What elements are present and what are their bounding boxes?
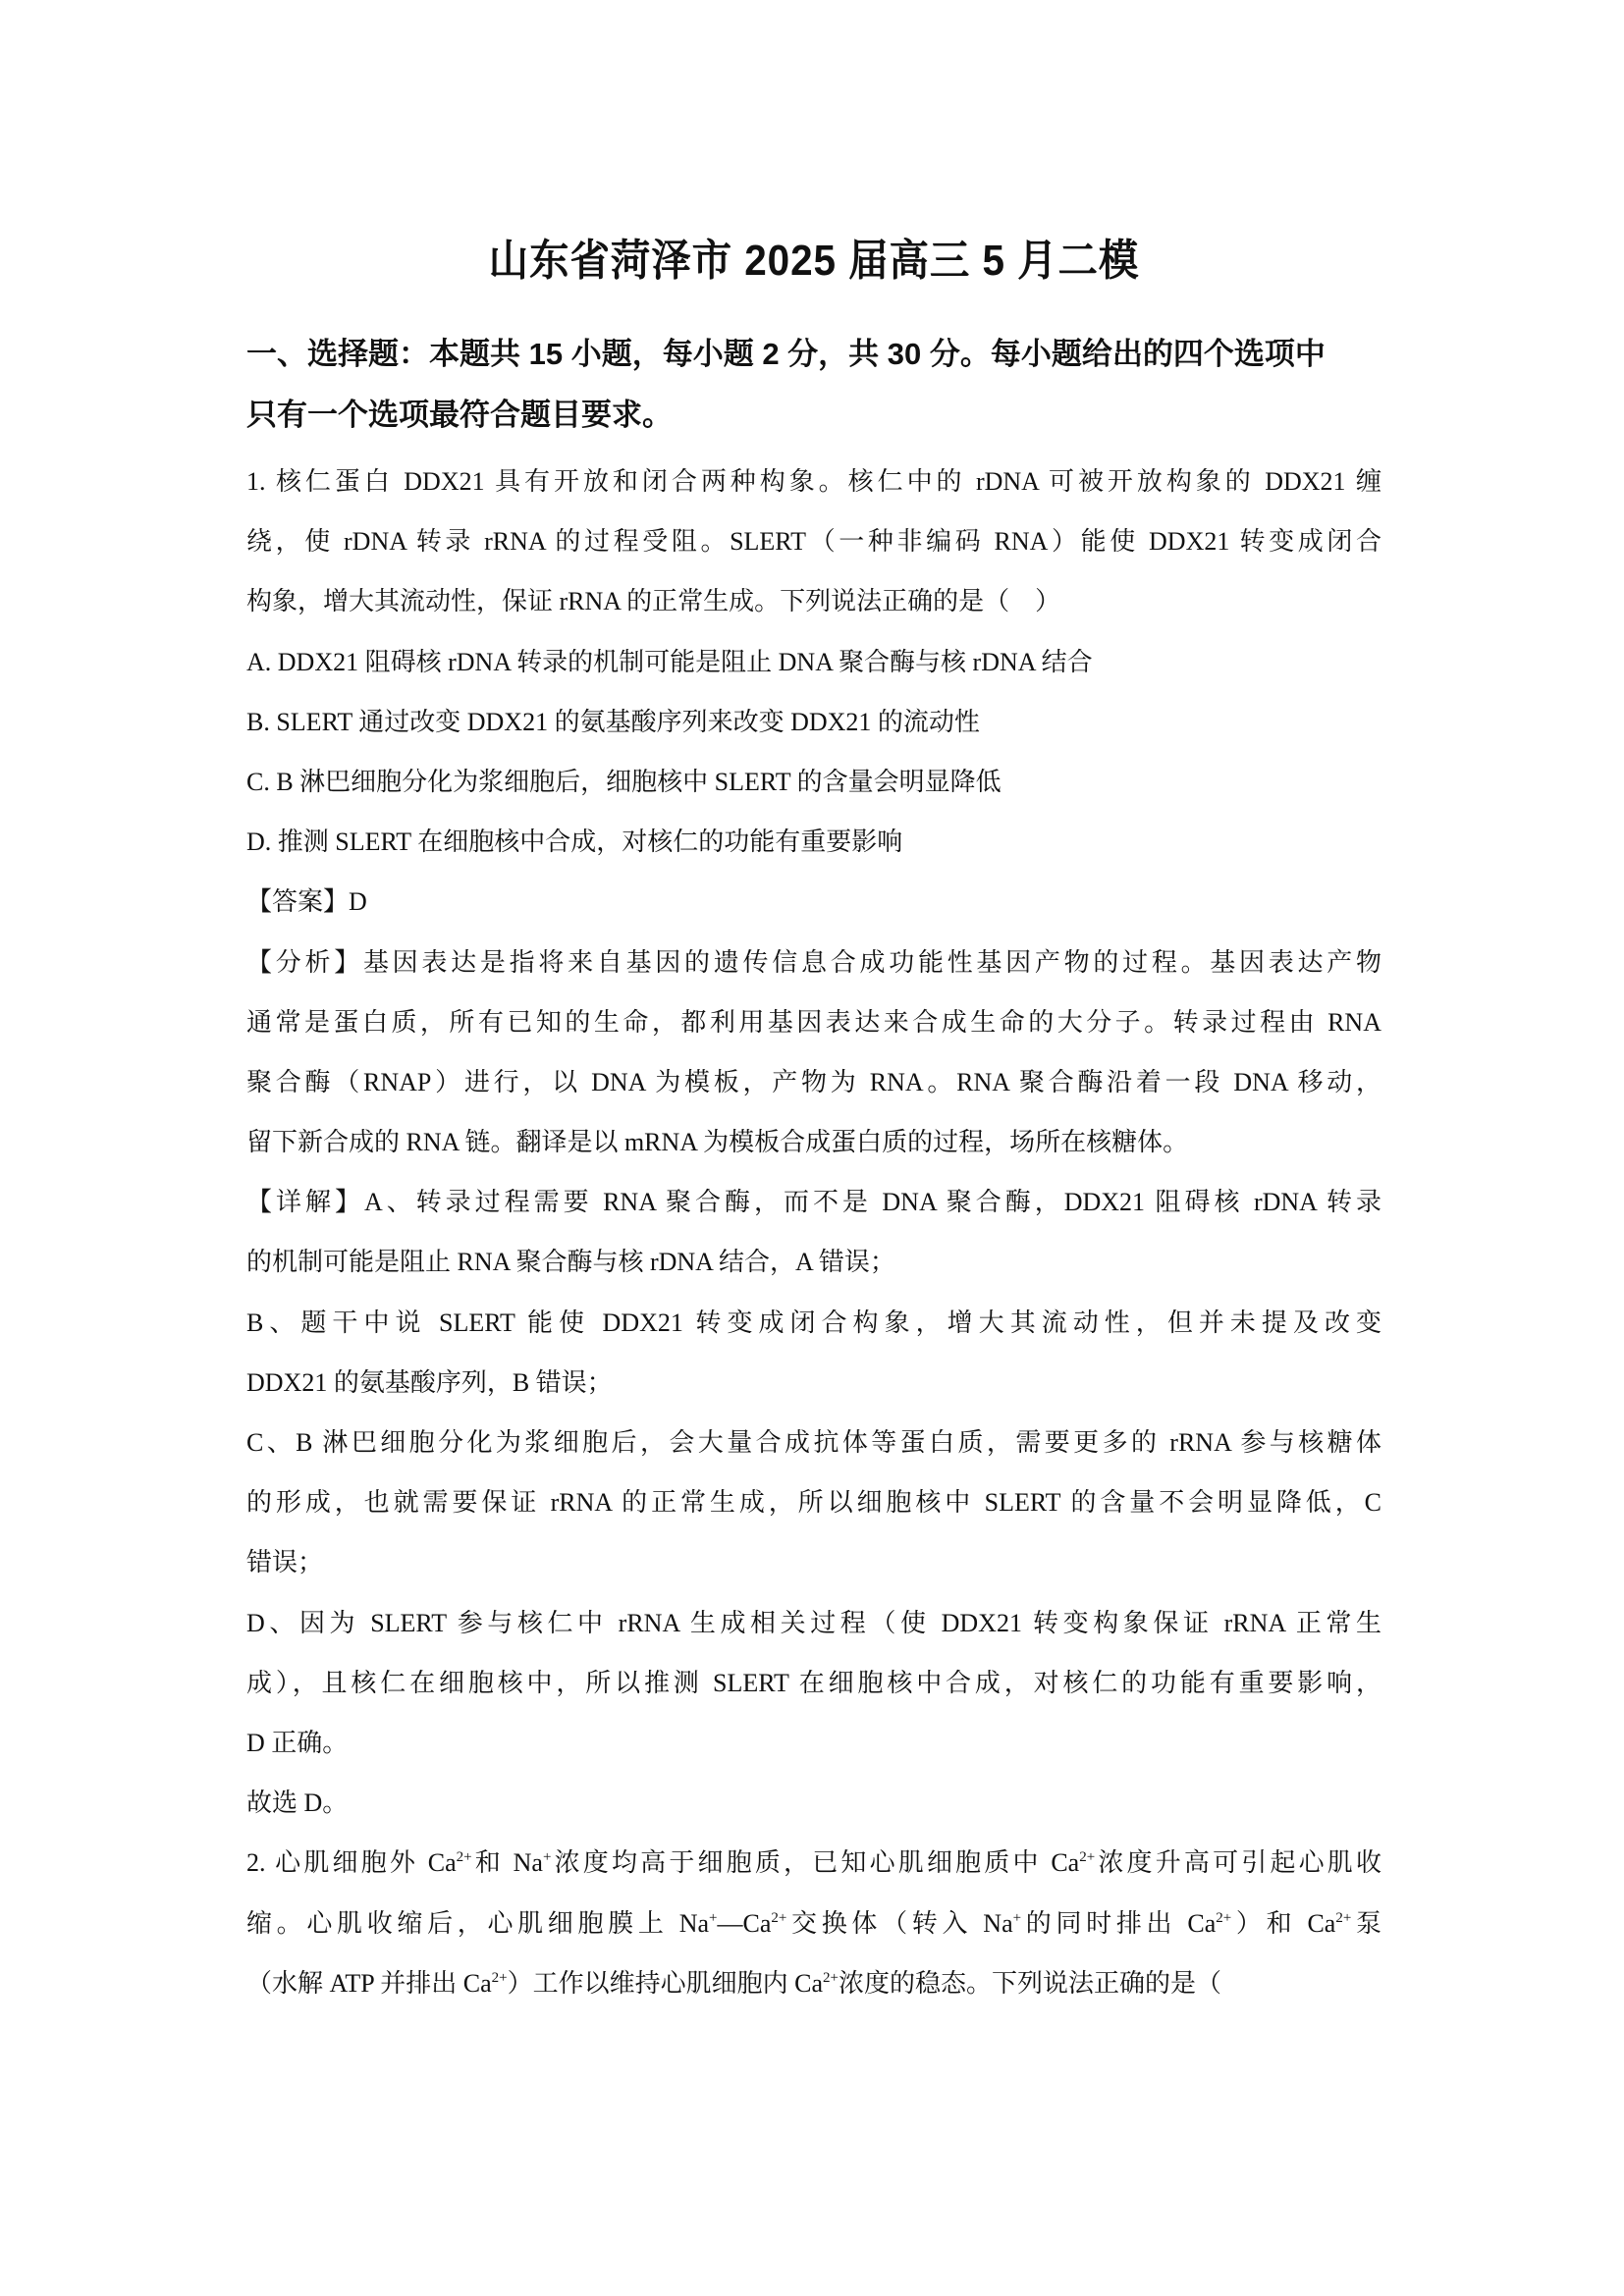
text-run: （水解 ATP 并排出 Ca bbox=[246, 1969, 492, 1998]
question-1-stem-line: 构象，增大其流动性，保证 rRNA 的正常生成。下列说法正确的是（ ） bbox=[246, 571, 1381, 631]
superscript: 2+ bbox=[1079, 1849, 1095, 1865]
text-run: 的同时排出 Ca bbox=[1021, 1909, 1216, 1938]
text-run: ）工作以维持心肌细胞内 Ca bbox=[508, 1969, 823, 1998]
answer-line: 【答案】D bbox=[246, 872, 1381, 932]
explanation-line: 错误； bbox=[246, 1532, 1381, 1592]
text-run: 交换体（转入 Na bbox=[786, 1909, 1012, 1938]
superscript: 2+ bbox=[457, 1849, 472, 1865]
question-2-stem-line: 2. 心肌细胞外 Ca2+和 Na+浓度均高于细胞质，已知心肌细胞质中 Ca2+… bbox=[246, 1833, 1381, 1893]
option-d: D. 推测 SLERT 在细胞核中合成，对核仁的功能有重要影响 bbox=[246, 812, 1381, 872]
question-2-stem-line: 缩。心肌收缩后，心肌细胞膜上 Na+—Ca2+交换体（转入 Na+的同时排出 C… bbox=[246, 1894, 1381, 1953]
question-2: 2. 心肌细胞外 Ca2+和 Na+浓度均高于细胞质，已知心肌细胞质中 Ca2+… bbox=[246, 1833, 1381, 2013]
explanation-line: DDX21 的氨基酸序列，B 错误； bbox=[246, 1353, 1381, 1413]
superscript: + bbox=[709, 1910, 717, 1926]
analysis-line: 留下新合成的 RNA 链。翻译是以 mRNA 为模板合成蛋白质的过程，场所在核糖… bbox=[246, 1112, 1381, 1172]
question-1: 1. 核仁蛋白 DDX21 具有开放和闭合两种构象。核仁中的 rDNA 可被开放… bbox=[246, 452, 1381, 1833]
text-run: 缩。心肌收缩后，心肌细胞膜上 Na bbox=[246, 1909, 709, 1938]
superscript: 2+ bbox=[823, 1970, 839, 1986]
explanation-line: D 正确。 bbox=[246, 1713, 1381, 1773]
explanation-line: 的形成，也就需要保证 rRNA 的正常生成，所以细胞核中 SLERT 的含量不会… bbox=[246, 1472, 1381, 1532]
analysis-line: 聚合酶（RNAP）进行，以 DNA 为模板，产物为 RNA。RNA 聚合酶沿着一… bbox=[246, 1052, 1381, 1112]
text-run: ）和 Ca bbox=[1231, 1909, 1335, 1938]
document-title: 山东省菏泽市 2025 届高三 5 月二模 bbox=[292, 232, 1336, 291]
text-run: —Ca bbox=[718, 1909, 772, 1938]
text-run: 2. 心肌细胞外 Ca bbox=[246, 1848, 457, 1877]
superscript: 2+ bbox=[1216, 1910, 1231, 1926]
section-heading: 一、选择题：本题共 15 小题，每小题 2 分，共 30 分。每小题给出的四个选… bbox=[246, 324, 1381, 446]
superscript: 2+ bbox=[1335, 1910, 1351, 1926]
explanation-line: 的机制可能是阻止 RNA 聚合酶与核 rDNA 结合，A 错误； bbox=[246, 1232, 1381, 1292]
question-1-stem-line: 绕，使 rDNA 转录 rRNA 的过程受阻。SLERT（一种非编码 RNA）能… bbox=[246, 511, 1381, 571]
analysis-line: 通常是蛋白质，所有已知的生命，都利用基因表达来合成生命的大分子。转录过程由 RN… bbox=[246, 992, 1381, 1052]
superscript: + bbox=[543, 1849, 551, 1865]
question-2-stem-line: （水解 ATP 并排出 Ca2+）工作以维持心肌细胞内 Ca2+浓度的稳态。下列… bbox=[246, 1953, 1381, 2013]
option-c: C. B 淋巴细胞分化为浆细胞后，细胞核中 SLERT 的含量会明显降低 bbox=[246, 752, 1381, 812]
explanation-line: D、因为 SLERT 参与核仁中 rRNA 生成相关过程（使 DDX21 转变构… bbox=[246, 1593, 1381, 1653]
text-run: 浓度的稳态。下列说法正确的是（ bbox=[839, 1969, 1221, 1998]
section-heading-line-2: 只有一个选项最符合题目要求。 bbox=[246, 385, 1381, 446]
explanation-line: 故选 D。 bbox=[246, 1773, 1381, 1833]
text-run: 和 Na bbox=[472, 1848, 543, 1877]
text-run: 浓度均高于细胞质，已知心肌细胞质中 Ca bbox=[551, 1848, 1079, 1877]
section-heading-line-1: 一、选择题：本题共 15 小题，每小题 2 分，共 30 分。每小题给出的四个选… bbox=[246, 324, 1381, 385]
explanation-line: C、B 淋巴细胞分化为浆细胞后，会大量合成抗体等蛋白质，需要更多的 rRNA 参… bbox=[246, 1413, 1381, 1472]
text-run: 泵 bbox=[1351, 1909, 1381, 1938]
superscript: 2+ bbox=[771, 1910, 786, 1926]
superscript: + bbox=[1013, 1910, 1021, 1926]
text-run: 浓度升高可引起心肌收 bbox=[1095, 1848, 1381, 1877]
explanation-line: 成），且核仁在细胞核中，所以推测 SLERT 在细胞核中合成，对核仁的功能有重要… bbox=[246, 1653, 1381, 1713]
superscript: 2+ bbox=[492, 1970, 508, 1986]
option-b: B. SLERT 通过改变 DDX21 的氨基酸序列来改变 DDX21 的流动性 bbox=[246, 692, 1381, 752]
explanation-line: B、题干中说 SLERT 能使 DDX21 转变成闭合构象，增大其流动性，但并未… bbox=[246, 1293, 1381, 1353]
analysis-line: 【分析】基因表达是指将来自基因的遗传信息合成功能性基因产物的过程。基因表达产物 bbox=[246, 933, 1381, 992]
question-1-stem-line: 1. 核仁蛋白 DDX21 具有开放和闭合两种构象。核仁中的 rDNA 可被开放… bbox=[246, 452, 1381, 511]
option-a: A. DDX21 阻碍核 rDNA 转录的机制可能是阻止 DNA 聚合酶与核 r… bbox=[246, 632, 1381, 692]
document-body: 1. 核仁蛋白 DDX21 具有开放和闭合两种构象。核仁中的 rDNA 可被开放… bbox=[246, 452, 1381, 2013]
explanation-line: 【详解】A、转录过程需要 RNA 聚合酶，而不是 DNA 聚合酶，DDX21 阻… bbox=[246, 1172, 1381, 1232]
